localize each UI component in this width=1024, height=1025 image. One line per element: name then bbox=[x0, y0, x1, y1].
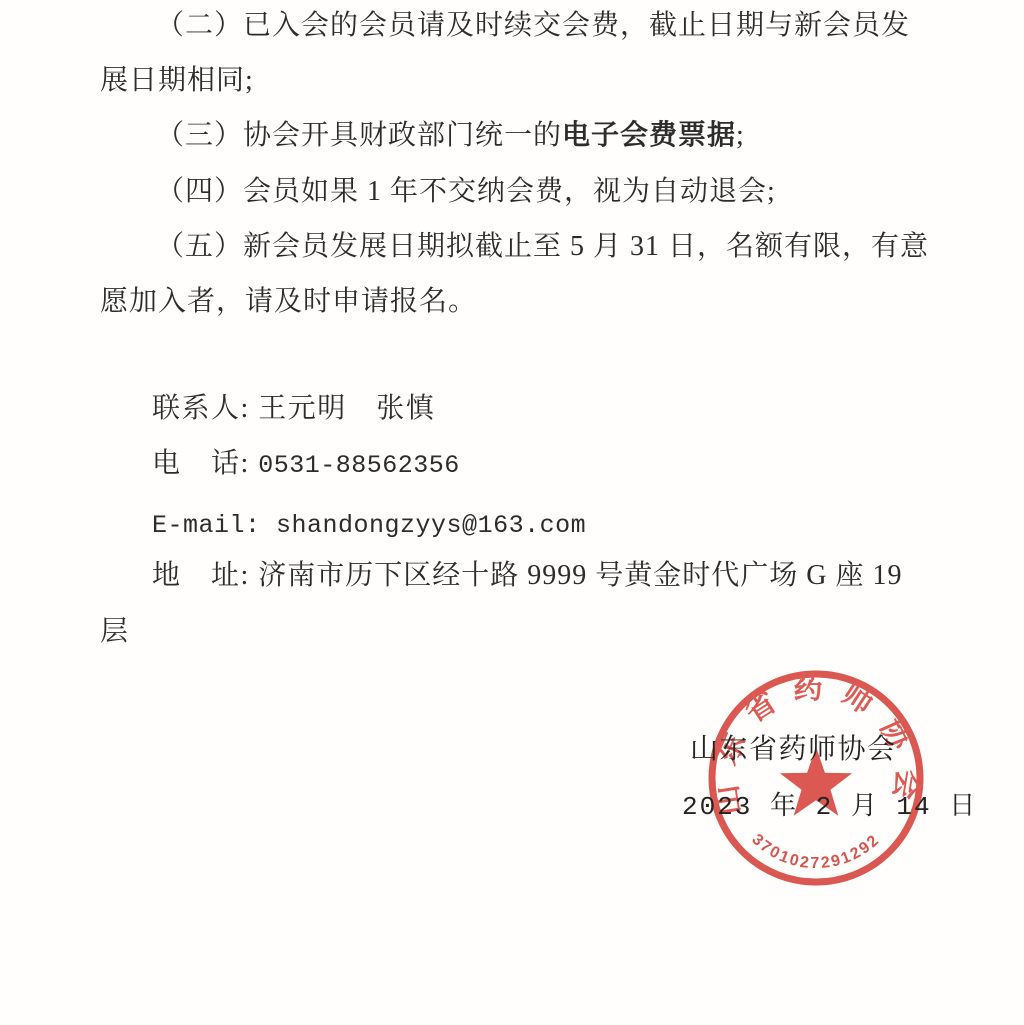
signature-organization: 山东省药师协会 bbox=[690, 727, 897, 767]
contact-person-value: 王元明 张慎 bbox=[258, 393, 435, 424]
contact-address-label: 地 址: bbox=[152, 560, 258, 591]
body-line-2: （二）已入会的会员请及时续交会费，截止日期与新会员发 bbox=[156, 10, 910, 42]
body-line-3-prefix: （三）协会开具财政部门统一的 bbox=[156, 120, 562, 151]
body-line-5-wrap: 愿加入者，请及时申请报名。 bbox=[100, 286, 477, 318]
contact-address-overflow: 层 bbox=[100, 616, 129, 648]
contact-email-label: E-mail: bbox=[152, 511, 276, 540]
contact-phone-line: 电 话: 0531-88562356 bbox=[152, 448, 460, 481]
contact-phone-label: 电 话: bbox=[152, 448, 258, 479]
contact-person-label: 联系人: bbox=[152, 393, 258, 424]
contact-address-value: 济南市历下区经十路 9999 号黄金时代广场 G 座 19 bbox=[258, 560, 902, 591]
seal-serial-textpath: 3701027291292 bbox=[748, 831, 883, 872]
body-line-5: （五）新会员发展日期拟截止至 5 月 31 日，名额有限，有意 bbox=[156, 231, 929, 263]
body-line-2-wrap: 展日期相同; bbox=[100, 65, 254, 97]
body-line-3-suffix: ; bbox=[736, 120, 745, 151]
seal-serial-number: 3701027291292 bbox=[748, 831, 883, 872]
contact-phone-value: 0531-88562356 bbox=[258, 451, 460, 480]
contact-person-line: 联系人: 王元明 张慎 bbox=[152, 393, 435, 425]
document-page: （二）已入会的会员请及时续交会费，截止日期与新会员发 展日期相同; （三）协会开… bbox=[0, 0, 1024, 1025]
body-line-3-emphasis: 电子会费票据 bbox=[562, 120, 736, 151]
signature-date: 2023 年 2 月 14 日 bbox=[682, 785, 977, 822]
contact-email-line: E-mail: shandongzyys@163.com bbox=[152, 508, 586, 541]
body-line-3: （三）协会开具财政部门统一的电子会费票据; bbox=[156, 120, 745, 152]
contact-address-line: 地 址: 济南市历下区经十路 9999 号黄金时代广场 G 座 19 bbox=[152, 560, 903, 592]
body-line-4: （四）会员如果 1 年不交纳会费，视为自动退会; bbox=[156, 176, 776, 208]
official-seal-stamp: 山东省药师协会 3701027291292 bbox=[704, 666, 928, 890]
contact-email-value: shandongzyys@163.com bbox=[276, 511, 586, 540]
